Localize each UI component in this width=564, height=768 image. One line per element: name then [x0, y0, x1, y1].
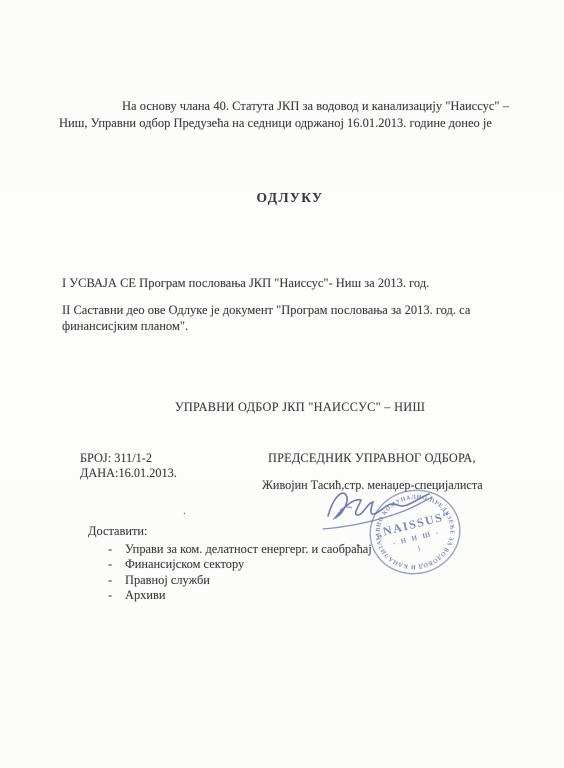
list-item-text: Финансијском сектору	[125, 557, 244, 572]
list-bullet: -	[108, 557, 125, 572]
intro-paragraph: На основу члана 40. Статута ЈКП за водов…	[59, 98, 509, 133]
article-2: II Саставни део ове Одлуке је документ "…	[62, 302, 505, 335]
list-item: - Правној служби	[108, 573, 372, 588]
distribution-label: Доставити:	[88, 524, 372, 539]
list-item: - Финансијском сектору	[108, 557, 372, 572]
list-item-text: Управи за ком. делатност енергерг. и сао…	[125, 542, 372, 557]
document-page: На основу члана 40. Статута ЈКП за водов…	[0, 0, 564, 768]
document-date: ДАНА:16.01.2013.	[80, 466, 177, 481]
list-bullet: -	[108, 588, 125, 603]
article-1: I УСВАЈА СЕ Програм пословања ЈКП "Наисс…	[62, 275, 522, 292]
stamp-tick	[418, 546, 419, 552]
distribution-list: - Управи за ком. делатност енергерг. и с…	[108, 542, 372, 603]
president-title: ПРЕДСЕДНИК УПРАВНОГ ОДБОРА,	[268, 451, 476, 466]
board-heading: УПРАВНИ ОДБОР ЈКП "НАИССУС" – НИШ	[0, 400, 564, 415]
list-item-text: Архиви	[125, 588, 165, 603]
decision-title: ОДЛУКУ	[0, 190, 564, 206]
list-item-text: Правној служби	[125, 573, 210, 588]
scan-speck: .	[183, 503, 186, 518]
list-bullet: -	[108, 542, 125, 557]
distribution-block: Доставити: - Управи за ком. делатност ен…	[88, 524, 372, 603]
list-item: - Архиви	[108, 588, 372, 603]
list-item: - Управи за ком. делатност енергерг. и с…	[108, 542, 372, 557]
document-number: БРОЈ: 311/1-2	[80, 451, 152, 466]
list-bullet: -	[108, 573, 125, 588]
